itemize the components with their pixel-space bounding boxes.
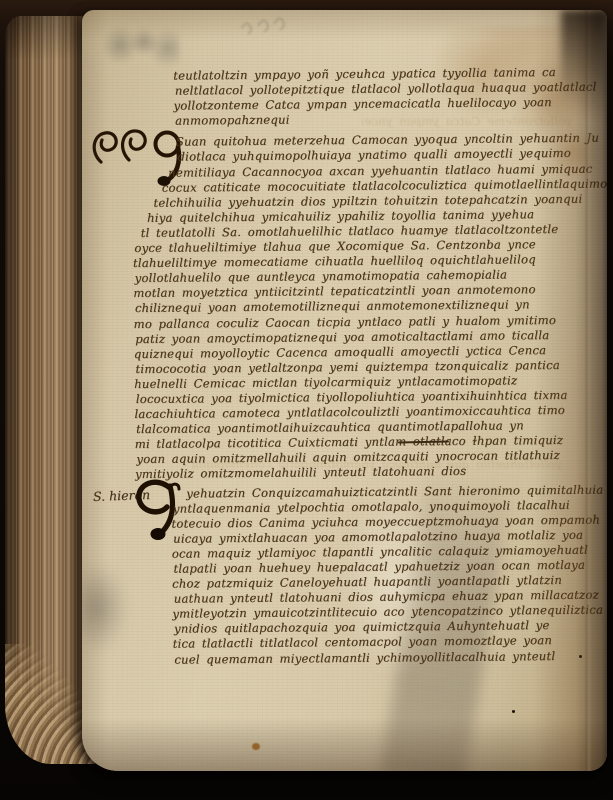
book-photo: yollotlahuelilo que auntleyca ynamotimop… <box>0 0 613 800</box>
paragraph-main: Suan quitohua meterzehua Camocan yyoqua … <box>132 131 577 482</box>
text-block: teutlatoltzin ympayo yoñ yceuhca ypatica… <box>117 65 579 668</box>
paragraph-opening: teutlatoltzin ympayo yoñ yceuhca ypatica… <box>173 65 574 129</box>
faint-inscription-mark <box>232 10 298 42</box>
top-left-smudge <box>100 14 180 76</box>
manuscript-line: anmomopahznequi <box>175 110 575 129</box>
manuscript-line: cuel quemaman miyectlamantli ychimoyolli… <box>174 648 580 667</box>
paragraph-saint-jerome: yehuatzin Conquizcamahuizticatzintli San… <box>171 482 579 667</box>
orange-spot <box>252 743 260 750</box>
gutter-shadow-top-corner <box>561 10 607 140</box>
manuscript-page: yollotlahuelilo que auntleyca ynamotimop… <box>82 10 607 771</box>
ink-speck <box>512 710 515 713</box>
